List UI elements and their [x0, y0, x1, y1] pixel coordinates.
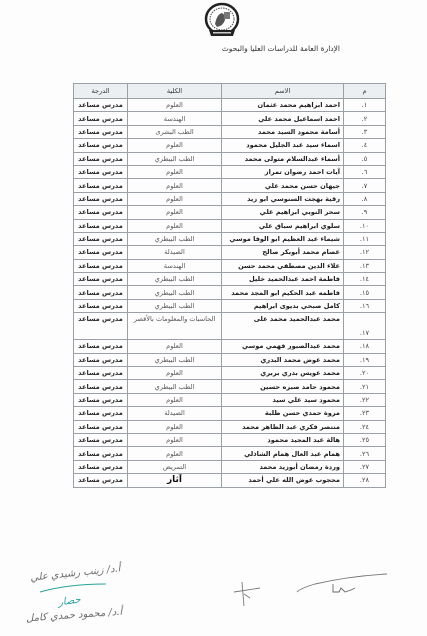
org-title: الإدارة العامة للدراسات العليا والبحوث [140, 44, 340, 53]
college: العلوم [128, 139, 222, 152]
table-row: ١٧.محمد عبدالحميد محمد علىالحاسبات والمع… [74, 313, 386, 340]
college: الطب البشرى [128, 125, 222, 138]
table-row: ٢١.محمود حامد صبره حسينالطب البيطريمدرس … [74, 380, 386, 393]
row-number: ١٠. [344, 219, 386, 232]
table-row: ٥.أسماء عبدالسلام متولى محمدالطب البيطري… [74, 152, 386, 165]
staff-name: منتصر فكري عبد الظاهر محمد [222, 420, 344, 433]
table-row: ٢٧.وردة رمضان أبوزيد محمدالتمريضمدرس مسا… [74, 460, 386, 473]
staff-name: فاطمة احمد عبدالحميد خليل [222, 273, 344, 286]
college: العلوم [128, 433, 222, 446]
college: آثار [128, 474, 222, 487]
grade: مدرس مساعد [74, 206, 128, 219]
grade: مدرس مساعد [74, 232, 128, 245]
row-number: ٢٦. [344, 447, 386, 460]
table-row: ٩.سحر النوبي ابراهيم عليالعلوممدرس مساعد [74, 206, 386, 219]
row-number: ٢٨. [344, 474, 386, 487]
row-number: ١١. [344, 232, 386, 245]
college: الحاسبات والمعلومات بالأقصر [128, 313, 222, 340]
grade: مدرس مساعد [74, 474, 128, 487]
staff-name: محمود حامد صبره حسين [222, 380, 344, 393]
row-number: ٢٢. [344, 393, 386, 406]
row-number: ١٨. [344, 340, 386, 353]
grade: مدرس مساعد [74, 313, 128, 340]
table-row: ١٨.محمد عبدالصبور فهمي موسيالعلوممدرس مس… [74, 340, 386, 353]
table-row: ٢.احمد اسماعيل محمد عليالهندسةمدرس مساعد [74, 112, 386, 125]
grade: مدرس مساعد [74, 340, 128, 353]
row-number: ٩. [344, 206, 386, 219]
grade: مدرس مساعد [74, 99, 128, 112]
grade: مدرس مساعد [74, 420, 128, 433]
table-row: ١٠.سلوي ابراهيم سباق عليالعلوممدرس مساعد [74, 219, 386, 232]
grade: مدرس مساعد [74, 286, 128, 299]
table-row: ١٤.فاطمة احمد عبدالحميد خليلالطب البيطري… [74, 273, 386, 286]
row-number: ١٥. [344, 286, 386, 299]
table-row: ١٢.عصام محمد أبوبكر صالحالصيدلةمدرس مساع… [74, 246, 386, 259]
staff-name: سلوي ابراهيم سباق علي [222, 219, 344, 232]
grade: مدرس مساعد [74, 165, 128, 178]
grade: مدرس مساعد [74, 219, 128, 232]
college: العلوم [128, 165, 222, 178]
table-header-row: م الاسم الكلية الدرجة [74, 84, 386, 99]
college: التمريض [128, 460, 222, 473]
college: الطب البيطري [128, 152, 222, 165]
row-number: ١٤. [344, 273, 386, 286]
college: الطب البيطري [128, 353, 222, 366]
college: الطب البيطري [128, 380, 222, 393]
college: العلوم [128, 393, 222, 406]
college: العلوم [128, 206, 222, 219]
table-row: ٣.أسامة محمود السيد محمدالطب البشرىمدرس … [74, 125, 386, 138]
staff-name: أسماء عبدالسلام متولى محمد [222, 152, 344, 165]
college: العلوم [128, 219, 222, 232]
table-row: ٢٣.مروة حمدي حسن طلبةالصيدلةمدرس مساعد [74, 407, 386, 420]
college: العلوم [128, 340, 222, 353]
staff-name: اسماء سيد عبد الجليل محمود [222, 139, 344, 152]
staff-name: وردة رمضان أبوزيد محمد [222, 460, 344, 473]
grade: مدرس مساعد [74, 139, 128, 152]
staff-name: أسامة محمود السيد محمد [222, 125, 344, 138]
grade: مدرس مساعد [74, 152, 128, 165]
staff-table: م الاسم الكلية الدرجة ١.احمد ابراهيم محم… [73, 83, 386, 488]
table-row: ٢٠.محمد عويس بدري بربريالعلوممدرس مساعد [74, 367, 386, 380]
college: العلوم [128, 420, 222, 433]
table-row: ١٥.فاطمه عبد الحكيم ابو المجد محمدالطب ا… [74, 286, 386, 299]
grade: مدرس مساعد [74, 353, 128, 366]
staff-name: جيهان حسن محمد علي [222, 179, 344, 192]
row-number: ١٣. [344, 259, 386, 272]
row-number: ٥. [344, 152, 386, 165]
signature-mark-2 [295, 570, 390, 598]
grade: مدرس مساعد [74, 447, 128, 460]
row-number: ٢٤. [344, 420, 386, 433]
college: الصيدلة [128, 246, 222, 259]
grade: مدرس مساعد [74, 407, 128, 420]
row-number: ١. [344, 99, 386, 112]
table-row: ٧.جيهان حسن محمد عليالعلوممدرس مساعد [74, 179, 386, 192]
staff-name: آيات احمد رضوان تمراز [222, 165, 344, 178]
staff-name: محمد عبدالصبور فهمي موسي [222, 340, 344, 353]
college: الصيدلة [128, 407, 222, 420]
grade: مدرس مساعد [74, 246, 128, 259]
table-row: ١٩.محمد عوض محمد البدريالطب البيطريمدرس … [74, 353, 386, 366]
grade: مدرس مساعد [74, 367, 128, 380]
row-number: ١٩. [344, 353, 386, 366]
row-number: ٦. [344, 165, 386, 178]
grade: مدرس مساعد [74, 299, 128, 312]
handwritten-teal-mark: حصار [57, 594, 81, 608]
column-header-grade: الدرجة [74, 84, 128, 99]
staff-name: همام عبد العال همام الشاذلي [222, 447, 344, 460]
grade: مدرس مساعد [74, 393, 128, 406]
row-number: ١٢. [344, 246, 386, 259]
staff-name: فاطمه عبد الحكيم ابو المجد محمد [222, 286, 344, 299]
column-header-college: الكلية [128, 84, 222, 99]
college: العلوم [128, 192, 222, 205]
table-row: ٢٦.همام عبد العال همام الشاذليالعلوممدرس… [74, 447, 386, 460]
staff-name: محمد عبدالحميد محمد على [222, 313, 344, 340]
grade: مدرس مساعد [74, 192, 128, 205]
table-row: ٨.رقية بهجت السنوسي ابو زيدالعلوممدرس مس… [74, 192, 386, 205]
column-header-name: الاسم [222, 84, 344, 99]
row-number: ٧. [344, 179, 386, 192]
row-number: ٣. [344, 125, 386, 138]
handwritten-signature-line-2: أ.د/ محمود حمدي كامل [26, 607, 123, 625]
college: الطب البيطري [128, 286, 222, 299]
table-row: ٦.آيات احمد رضوان تمرازالعلوممدرس مساعد [74, 165, 386, 178]
row-number: ١٧. [344, 313, 386, 340]
table-row: ١٣.علاء الدين مصطفي محمد حسنالهندسةمدرس … [74, 259, 386, 272]
row-number: ٨. [344, 192, 386, 205]
college: العلوم [128, 367, 222, 380]
staff-name: مروة حمدي حسن طلبة [222, 407, 344, 420]
table-row: ١.احمد ابراهيم محمد عثمانالعلوممدرس مساع… [74, 99, 386, 112]
handwritten-signature-line-1: أ.د/ زينب رشيدي علي [30, 563, 121, 583]
row-number: ٤. [344, 139, 386, 152]
table-row: ٤.اسماء سيد عبد الجليل محمودالعلوممدرس م… [74, 139, 386, 152]
row-number: ٢٣. [344, 407, 386, 420]
staff-name: محمد عوض محمد البدري [222, 353, 344, 366]
grade: مدرس مساعد [74, 380, 128, 393]
grade: مدرس مساعد [74, 125, 128, 138]
grade: مدرس مساعد [74, 273, 128, 286]
college: العلوم [128, 99, 222, 112]
staff-name: شيماء عبد العظيم ابو الوفا موسي [222, 232, 344, 245]
staff-name: رقية بهجت السنوسي ابو زيد [222, 192, 344, 205]
row-number: ١٦. [344, 299, 386, 312]
staff-name: هالة عبد المجيد محمود [222, 433, 344, 446]
staff-name: محجوب عوض الله علي أحمد [222, 474, 344, 487]
staff-name: عصام محمد أبوبكر صالح [222, 246, 344, 259]
row-number: ٢٥. [344, 433, 386, 446]
document-page: الإدارة العامة للدراسات العليا والبحوث م… [0, 0, 427, 636]
grade: مدرس مساعد [74, 179, 128, 192]
college: الطب البيطري [128, 232, 222, 245]
column-header-num: م [344, 84, 386, 99]
row-number: ٢٠. [344, 367, 386, 380]
grade: مدرس مساعد [74, 259, 128, 272]
staff-name: كامل صبحي بديوى ابراهيم [222, 299, 344, 312]
teal-underline-stroke [38, 582, 108, 594]
grade: مدرس مساعد [74, 112, 128, 125]
college: الطب البيطري [128, 299, 222, 312]
college: الهندسة [128, 259, 222, 272]
college: العلوم [128, 447, 222, 460]
staff-name: احمد ابراهيم محمد عثمان [222, 99, 344, 112]
staff-name: محمود سيد علي سيد [222, 393, 344, 406]
row-number: ٢. [344, 112, 386, 125]
staff-name: محمد عويس بدري بربري [222, 367, 344, 380]
college: العلوم [128, 179, 222, 192]
table-row: ٢٢.محمود سيد علي سيدالعلوممدرس مساعد [74, 393, 386, 406]
table-row: ٢٨.محجوب عوض الله علي أحمدآثارمدرس مساعد [74, 474, 386, 487]
university-seal-logo [203, 2, 241, 40]
table-row: ٢٤.منتصر فكري عبد الظاهر محمدالعلوممدرس … [74, 420, 386, 433]
table-row: ١٦.كامل صبحي بديوى ابراهيمالطب البيطريمد… [74, 299, 386, 312]
table-row: ١١.شيماء عبد العظيم ابو الوفا موسيالطب ا… [74, 232, 386, 245]
staff-name: احمد اسماعيل محمد علي [222, 112, 344, 125]
staff-name: سحر النوبي ابراهيم علي [222, 206, 344, 219]
college: الطب البيطري [128, 273, 222, 286]
grade: مدرس مساعد [74, 433, 128, 446]
staff-name: علاء الدين مصطفي محمد حسن [222, 259, 344, 272]
grade: مدرس مساعد [74, 460, 128, 473]
signature-mark-1 [232, 578, 262, 608]
table-row: ٢٥.هالة عبد المجيد محمودالعلوممدرس مساعد [74, 433, 386, 446]
college: الهندسة [128, 112, 222, 125]
row-number: ٢١. [344, 380, 386, 393]
row-number: ٢٧. [344, 460, 386, 473]
